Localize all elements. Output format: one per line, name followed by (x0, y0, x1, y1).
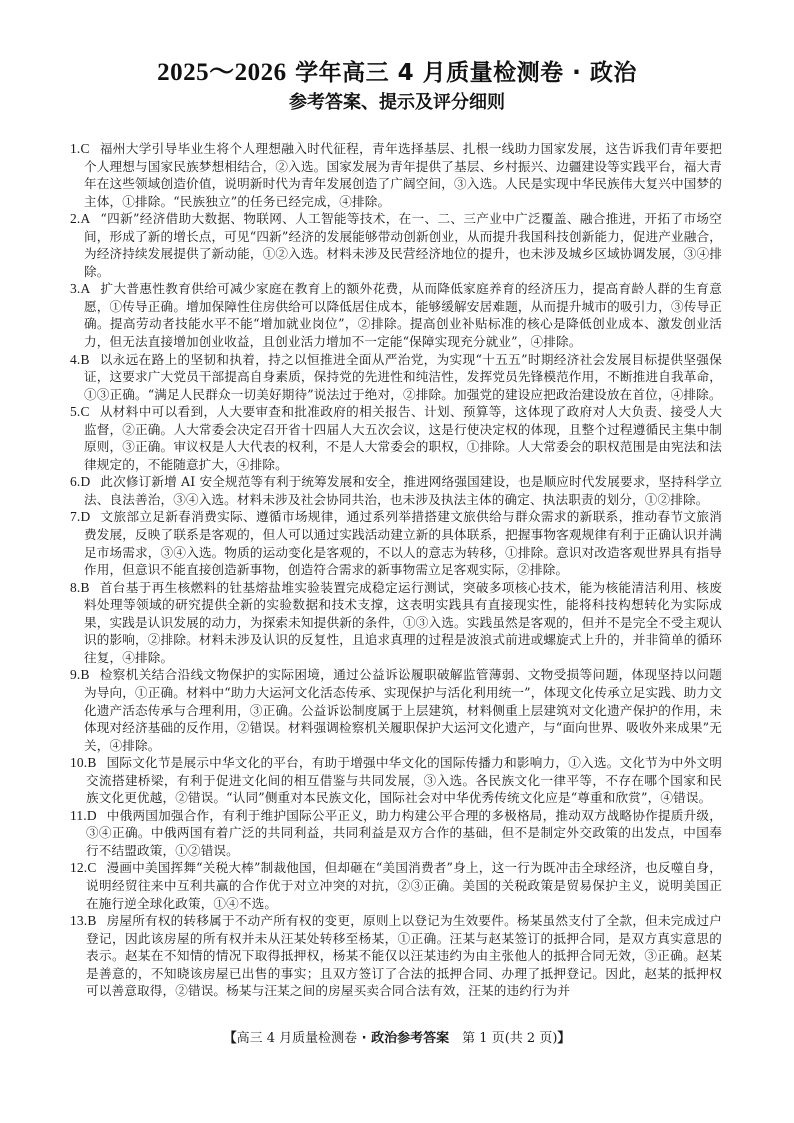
item-explanation: 以永远在路上的坚韧和执着，持之以恒推进全面从严治党，为实现“十五五”时期经济社会… (84, 352, 722, 402)
item-number: 4. (70, 352, 80, 367)
item-number: 10. (70, 755, 87, 770)
page-title: 2025～2026 学年高三 4 月质量检测卷 · 政治 (0, 52, 794, 88)
item-answer: B (80, 580, 89, 595)
answer-item-9: 9.B检察机关结合沿线文物保护的实际困境，通过公益诉讼履职破解监管薄弱、文物受损… (70, 666, 722, 754)
item-explanation: 首台基于再生核燃料的钍基熔盐堆实验装置完成稳定运行测试，突破多项核心技术，能为核… (84, 580, 722, 665)
answer-item-13: 13.B房屋所有权的转移属于不动产所有权的变更，原则上以登记为生效要件。杨某虽然… (70, 912, 722, 1000)
item-answer: B (87, 913, 96, 928)
item-explanation: 扩大普惠性教育供给可减少家庭在教育上的额外花费，从而降低家庭养育的经济压力，提高… (84, 281, 722, 349)
item-answer: C (87, 860, 96, 875)
title-year: 2025～2026 (157, 59, 287, 86)
item-answer: D (87, 808, 97, 823)
item-number: 12. (70, 860, 87, 875)
answer-item-7: 7.D文旅部立足新春消费实际、遵循市场规律，通过系列举措搭建文旅供给与群众需求的… (70, 508, 722, 578)
answer-item-6: 6.D此次修订新增 AI 安全规范等有利于统筹发展和安全，推进网络强国建设，也是… (70, 473, 722, 508)
answer-item-11: 11.D中俄两国加强合作，有利于维护国际公平正义，助力构建公平合理的多极格局，推… (70, 807, 722, 860)
answer-item-5: 5.C从材料中可以看到，人大要审查和批准政府的相关报告、计划、预算等，这体现了政… (70, 403, 722, 473)
item-explanation: 国际文化节是展示中华文化的平台，有助于增强中华文化的国际传播力和影响力，①入选。… (86, 755, 722, 805)
answer-item-3: 3.A扩大普惠性教育供给可减少家庭在教育上的额外花费，从而降低家庭养育的经济压力… (70, 280, 722, 350)
footer-bracket-left: 【 (224, 1031, 237, 1046)
footer-subject: 政治参考答案 (371, 1031, 449, 1046)
footer-separator: · (357, 1031, 371, 1046)
page-footer: 【高三 4 月质量检测卷 · 政治参考答案 第 1 页(共 2 页)】 (0, 1027, 794, 1046)
item-explanation: 中俄两国加强合作，有利于维护国际公平正义，助力构建公平合理的多极格局，推动双方战… (86, 808, 722, 858)
footer-page-number: 第 1 页(共 2 页) (449, 1031, 557, 1046)
item-explanation: 房屋所有权的转移属于不动产所有权的变更，原则上以登记为生效要件。杨某虽然支付了全… (86, 913, 722, 998)
item-answer: A (80, 211, 90, 226)
item-explanation: 从材料中可以看到，人大要审查和批准政府的相关报告、计划、预算等，这体现了政府对人… (84, 404, 722, 472)
answer-item-8: 8.B首台基于再生核燃料的钍基熔盐堆实验装置完成稳定运行测试，突破多项核心技术，… (70, 579, 722, 667)
item-explanation: 福州大学引导毕业生将个人理想融入时代征程，青年选择基层、扎根一线助力国家发展，这… (84, 141, 722, 209)
item-explanation: 此次修订新增 AI 安全规范等有利于统筹发展和安全，推进网络强国建设，也是顺应时… (84, 474, 722, 507)
item-answer: A (80, 281, 90, 296)
item-explanation: 检察机关结合沿线文物保护的实际困境，通过公益诉讼履职破解监管薄弱、文物受损等问题… (84, 667, 722, 752)
page-subtitle: 参考答案、提示及评分细则 (0, 88, 794, 114)
item-answer: B (87, 755, 96, 770)
item-answer: B (80, 352, 89, 367)
item-explanation: 漫画中美国挥舞“关税大棒”制裁他国，但却砸在“美国消费者”身上，这一行为既冲击全… (86, 860, 722, 910)
item-number: 2. (70, 211, 80, 226)
answer-item-1: 1.C福州大学引导毕业生将个人理想融入时代征程，青年选择基层、扎根一线助力国家发… (70, 140, 722, 210)
item-answer: C (80, 141, 89, 156)
item-explanation: “四新”经济借助大数据、物联网、人工智能等技术，在一、二、三产业中广泛覆盖、融合… (84, 211, 722, 279)
item-number: 9. (70, 667, 80, 682)
item-answer: B (80, 667, 89, 682)
answer-list: 1.C福州大学引导毕业生将个人理想融入时代征程，青年选择基层、扎根一线助力国家发… (70, 140, 722, 1000)
item-number: 13. (70, 913, 87, 928)
item-answer: C (80, 404, 89, 419)
item-number: 1. (70, 141, 80, 156)
item-number: 8. (70, 580, 80, 595)
item-number: 7. (70, 509, 80, 524)
item-number: 11. (70, 808, 87, 823)
item-answer: D (80, 509, 90, 524)
answer-item-2: 2.A“四新”经济借助大数据、物联网、人工智能等技术，在一、二、三产业中广泛覆盖… (70, 210, 722, 280)
answer-item-4: 4.B以永远在路上的坚韧和执着，持之以恒推进全面从严治党，为实现“十五五”时期经… (70, 351, 722, 404)
answer-item-10: 10.B国际文化节是展示中华文化的平台，有助于增强中华文化的国际传播力和影响力，… (70, 754, 722, 807)
item-number: 3. (70, 281, 80, 296)
item-answer: D (80, 474, 90, 489)
item-number: 5. (70, 404, 80, 419)
title-text: 学年高三 4 月质量检测卷 · 政治 (287, 60, 637, 86)
footer-exam-name: 高三 4 月质量检测卷 (237, 1031, 358, 1046)
item-explanation: 文旅部立足新春消费实际、遵循市场规律，通过系列举措搭建文旅供给与群众需求的新联系… (84, 509, 722, 577)
item-number: 6. (70, 474, 80, 489)
answer-item-12: 12.C漫画中美国挥舞“关税大棒”制裁他国，但却砸在“美国消费者”身上，这一行为… (70, 859, 722, 912)
footer-bracket-right: 】 (557, 1031, 570, 1046)
